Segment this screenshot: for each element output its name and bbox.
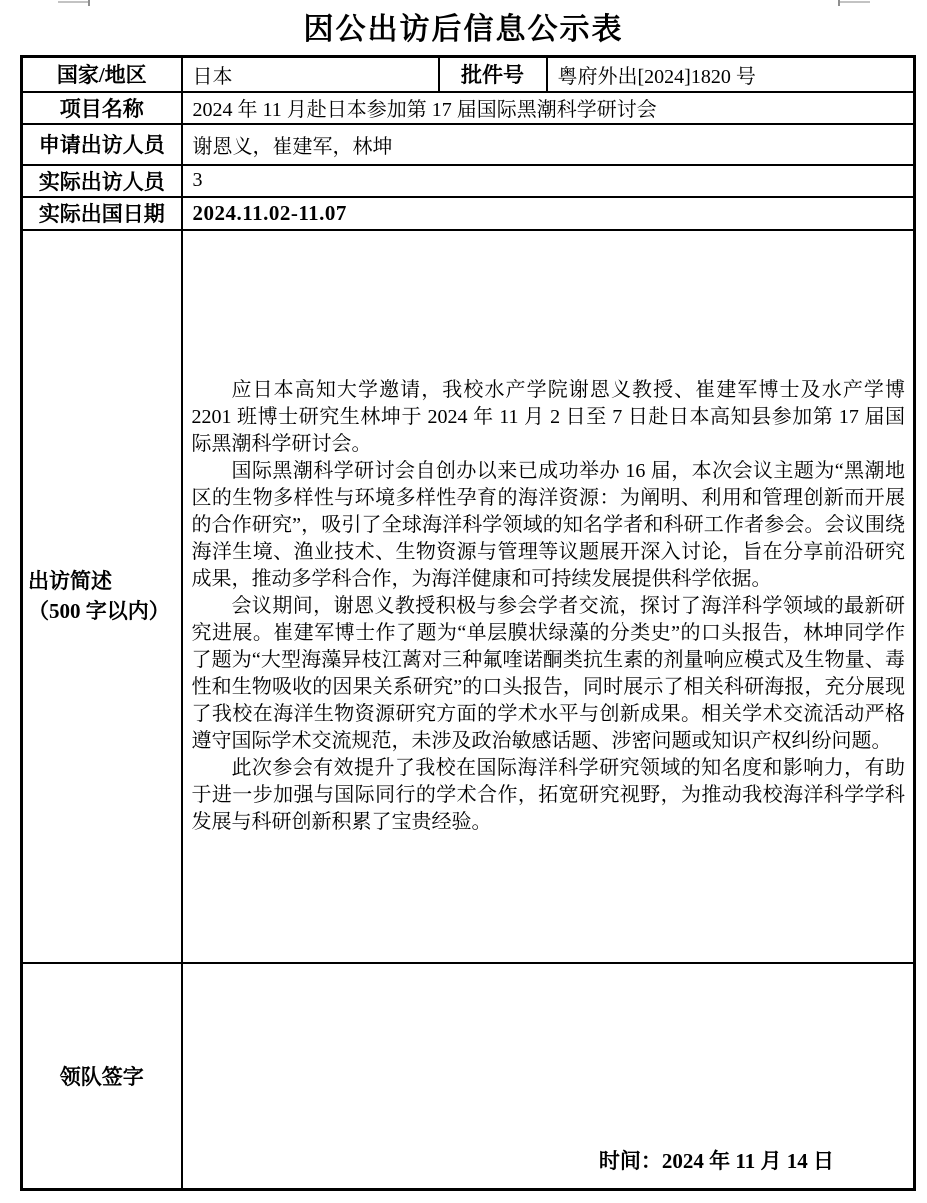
visit-summary-label-line1: 出访简述	[28, 566, 180, 596]
visit-summary-text: 应日本高知大学邀请，我校水产学院谢恩义教授、崔建军博士及水产学博 2201 班博…	[182, 230, 915, 963]
visit-summary-label-line2: （500 字以内）	[28, 596, 180, 626]
leader-signature-area: 时间：2024 年 11 月 14 日	[182, 963, 915, 1190]
row-actual-dates: 实际出国日期 2024.11.02-11.07	[22, 197, 915, 230]
row-actual-personnel: 实际出访人员 3	[22, 165, 915, 197]
actual-personnel-label: 实际出访人员	[22, 165, 182, 197]
applied-personnel-label: 申请出访人员	[22, 124, 182, 165]
summary-paragraph-2: 国际黑潮科学研讨会自创办以来已成功举办 16 届，本次会议主题为“黑潮地区的生物…	[192, 458, 906, 593]
publicity-form-table: 国家/地区 日本 批件号 粤府外出[2024]1820 号 项目名称 2024 …	[20, 55, 916, 1191]
summary-paragraph-3: 会议期间，谢恩义教授积极与参会学者交流，探讨了海洋科学领域的最新研究进展。崔建军…	[192, 593, 906, 755]
row-visit-summary: 出访简述 （500 字以内） 应日本高知大学邀请，我校水产学院谢恩义教授、崔建军…	[22, 230, 915, 963]
actual-dates-value: 2024.11.02-11.07	[182, 197, 915, 230]
page-margin-mark-left	[58, 1, 90, 3]
row-leader-signature: 领队签字 时间：2024 年 11 月 14 日	[22, 963, 915, 1190]
page-title: 因公出访后信息公示表	[0, 4, 927, 48]
project-name-label: 项目名称	[22, 92, 182, 124]
page-margin-mark-right	[838, 1, 870, 3]
country-region-label: 国家/地区	[22, 57, 182, 92]
signature-date-text: 时间：2024 年 11 月 14 日	[599, 1145, 834, 1175]
document-page: { "page": { "title": "因公出访后信息公示表" }, "ta…	[0, 0, 927, 1203]
visit-summary-label: 出访简述 （500 字以内）	[22, 230, 182, 963]
summary-paragraph-1: 应日本高知大学邀请，我校水产学院谢恩义教授、崔建军博士及水产学博 2201 班博…	[192, 377, 906, 458]
summary-paragraph-4: 此次参会有效提升了我校在国际海洋科学研究领域的知名度和影响力，有助于进一步加强与…	[192, 755, 906, 836]
approval-number-label: 批件号	[439, 57, 547, 92]
leader-signature-label: 领队签字	[22, 963, 182, 1190]
actual-personnel-value: 3	[182, 165, 915, 197]
country-region-value: 日本	[182, 57, 439, 92]
row-applied-personnel: 申请出访人员 谢恩义，崔建军，林坤	[22, 124, 915, 165]
approval-number-value: 粤府外出[2024]1820 号	[547, 57, 915, 92]
actual-dates-label: 实际出国日期	[22, 197, 182, 230]
row-project-name: 项目名称 2024 年 11 月赴日本参加第 17 届国际黑潮科学研讨会	[22, 92, 915, 124]
project-name-value: 2024 年 11 月赴日本参加第 17 届国际黑潮科学研讨会	[182, 92, 915, 124]
applied-personnel-value: 谢恩义，崔建军，林坤	[182, 124, 915, 165]
row-country-approval: 国家/地区 日本 批件号 粤府外出[2024]1820 号	[22, 57, 915, 92]
